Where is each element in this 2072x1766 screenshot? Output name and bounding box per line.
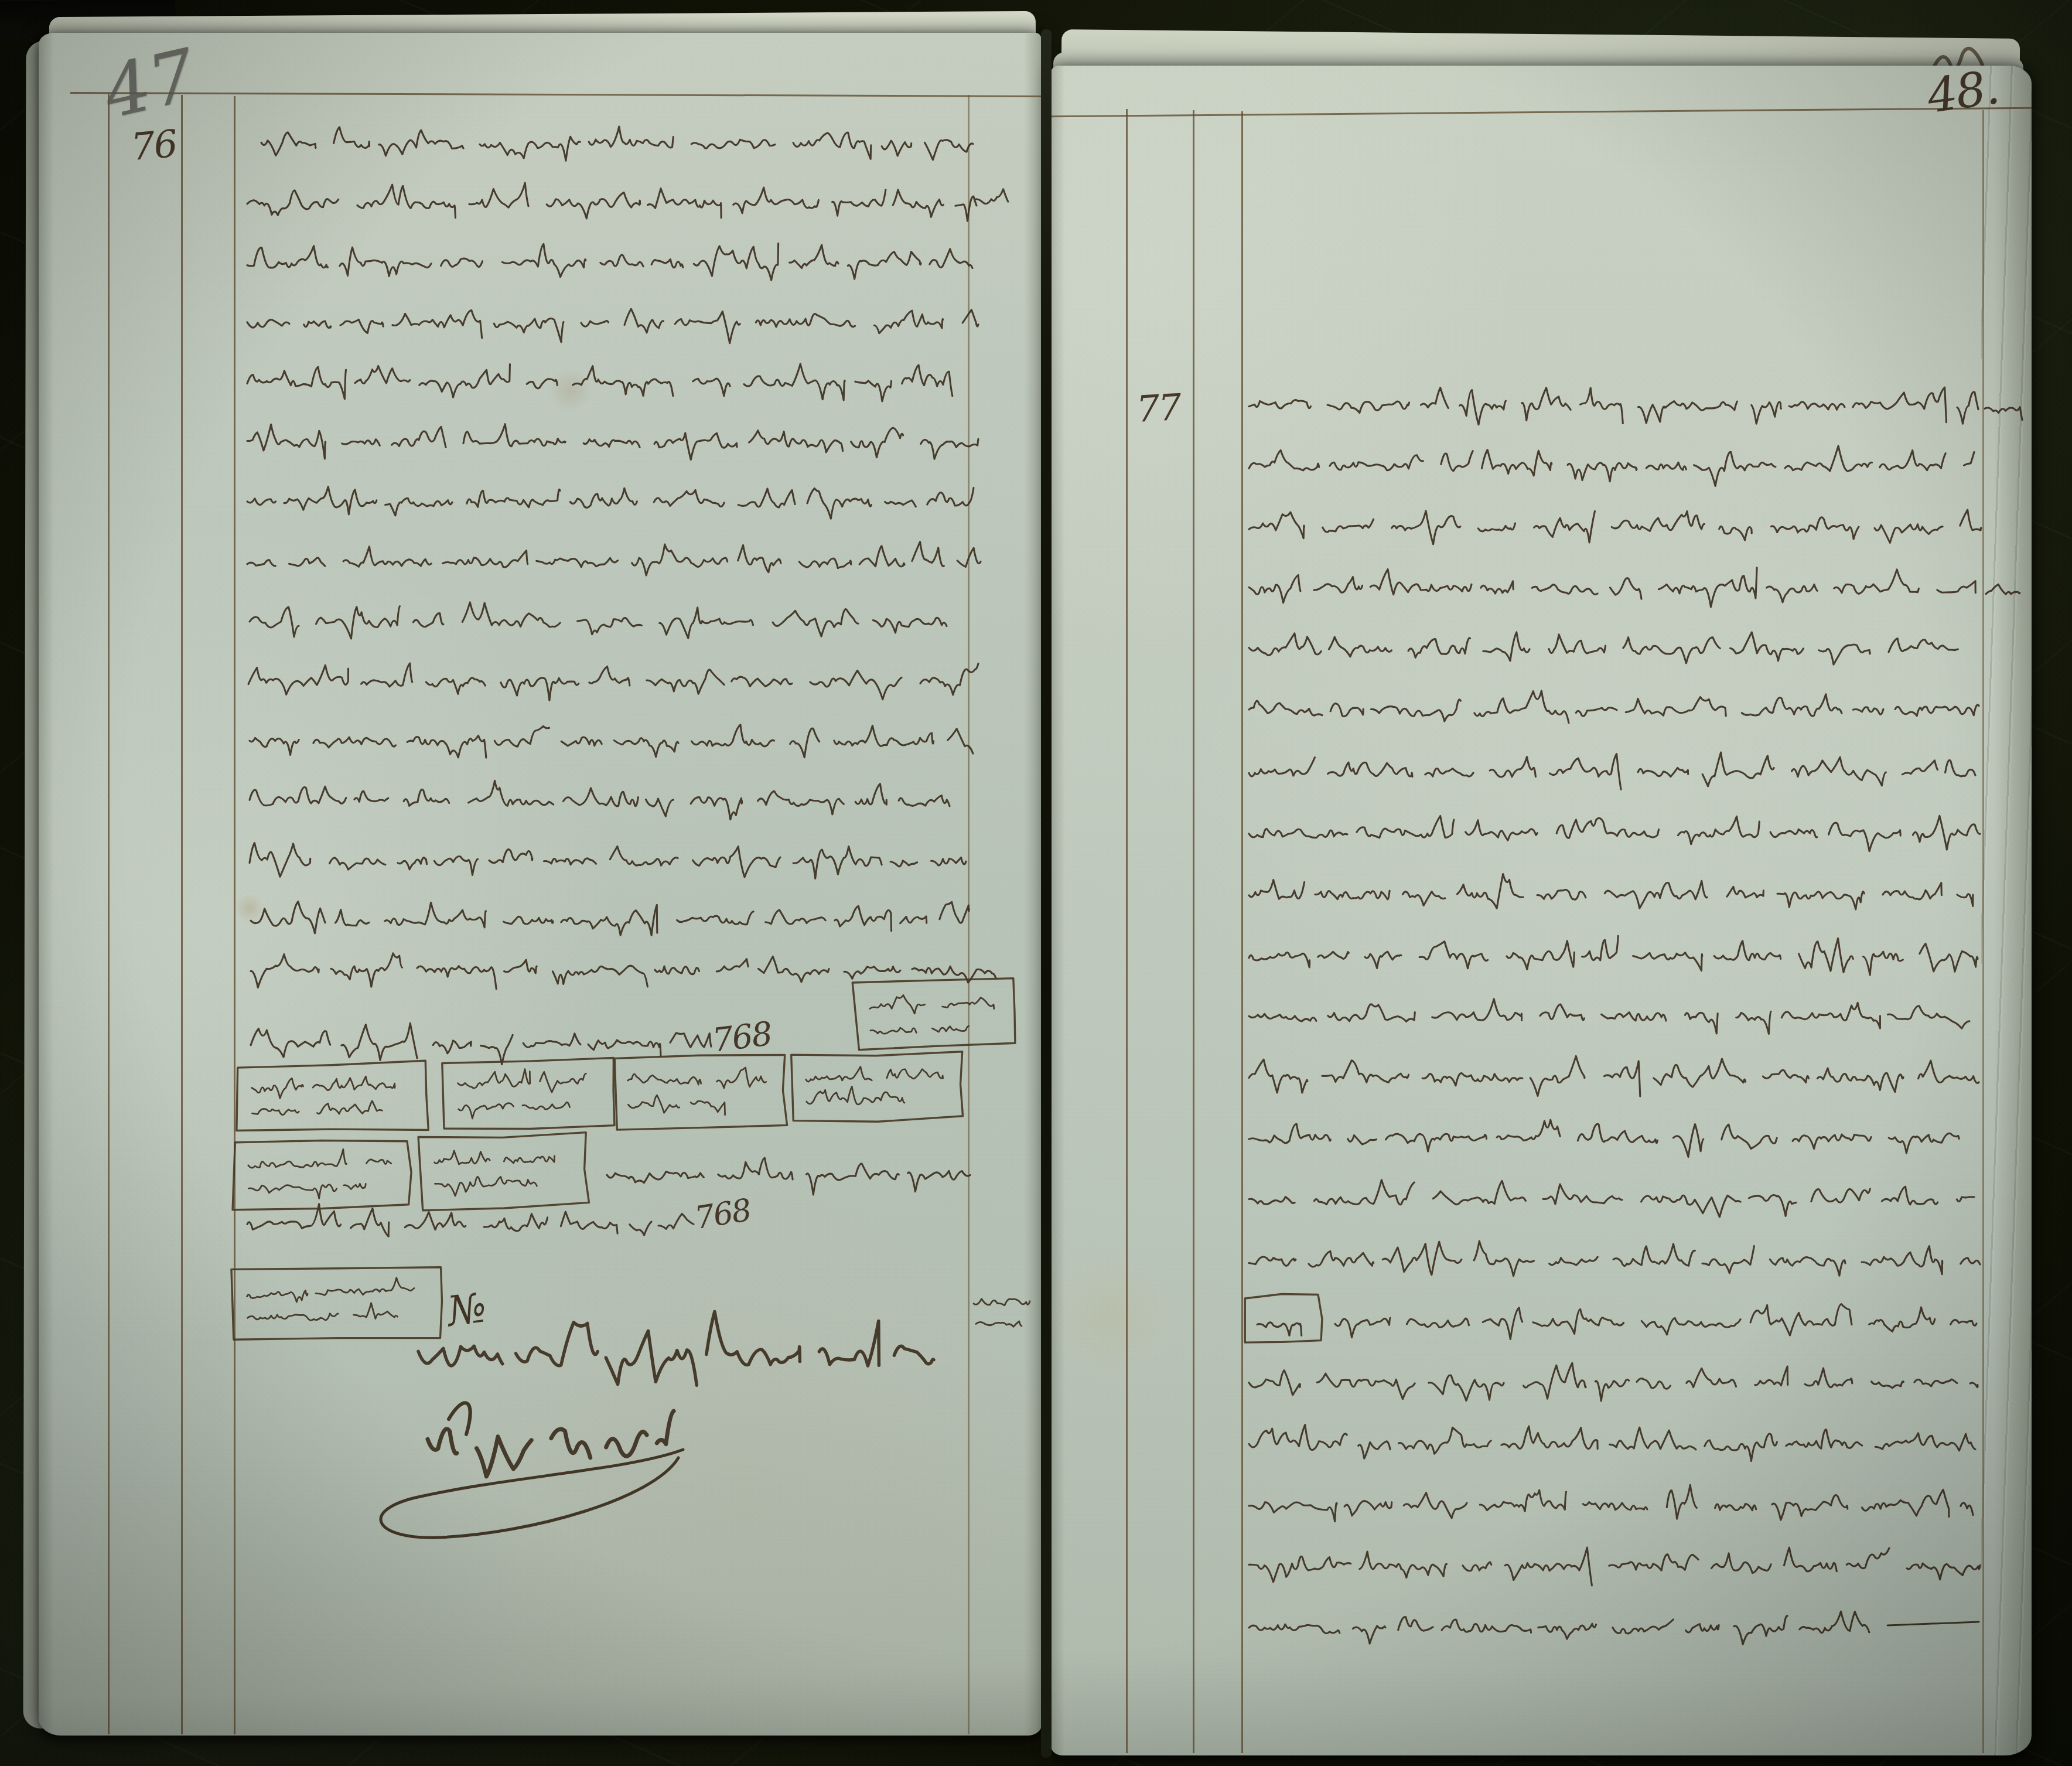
entry-number-left: 76	[129, 122, 179, 169]
year-token-1: 768	[710, 1015, 773, 1060]
year-token-2: 768	[692, 1192, 753, 1236]
ruled-line-right-margin-right-page	[1982, 110, 1984, 1753]
ruled-line-margin-1-right-page	[1126, 109, 1128, 1753]
left-page: 47 76 768 768 №	[39, 33, 1042, 1736]
ruled-line-margin-1-left-page	[108, 94, 110, 1734]
fore-edge-creases	[1981, 66, 2032, 1755]
right-page: 48. 77	[1051, 66, 2032, 1755]
ruled-line-top-left-page	[70, 92, 1042, 97]
numero-mark: №	[445, 1283, 488, 1335]
ruled-line-margin-2-right-page	[1193, 110, 1194, 1753]
book-gutter	[1041, 29, 1052, 1758]
ruled-line-margin-3-right-page	[1241, 111, 1243, 1753]
folio-number-right: 48.	[1924, 60, 2002, 124]
manuscript-scan: 47 76 768 768 № 48. 77	[0, 0, 2072, 1766]
folio-number-pencil: 47	[96, 33, 203, 134]
ruled-line-margin-3-left-page	[234, 96, 235, 1734]
handwriting-right-page	[1051, 66, 2032, 1755]
ruled-line-margin-2-left-page	[181, 95, 183, 1734]
ruled-line-top-right-page	[1051, 107, 2032, 118]
entry-number-right: 77	[1135, 386, 1182, 431]
handwriting-left-page	[39, 33, 1042, 1736]
ruled-line-right-margin-left-page	[968, 95, 970, 1734]
